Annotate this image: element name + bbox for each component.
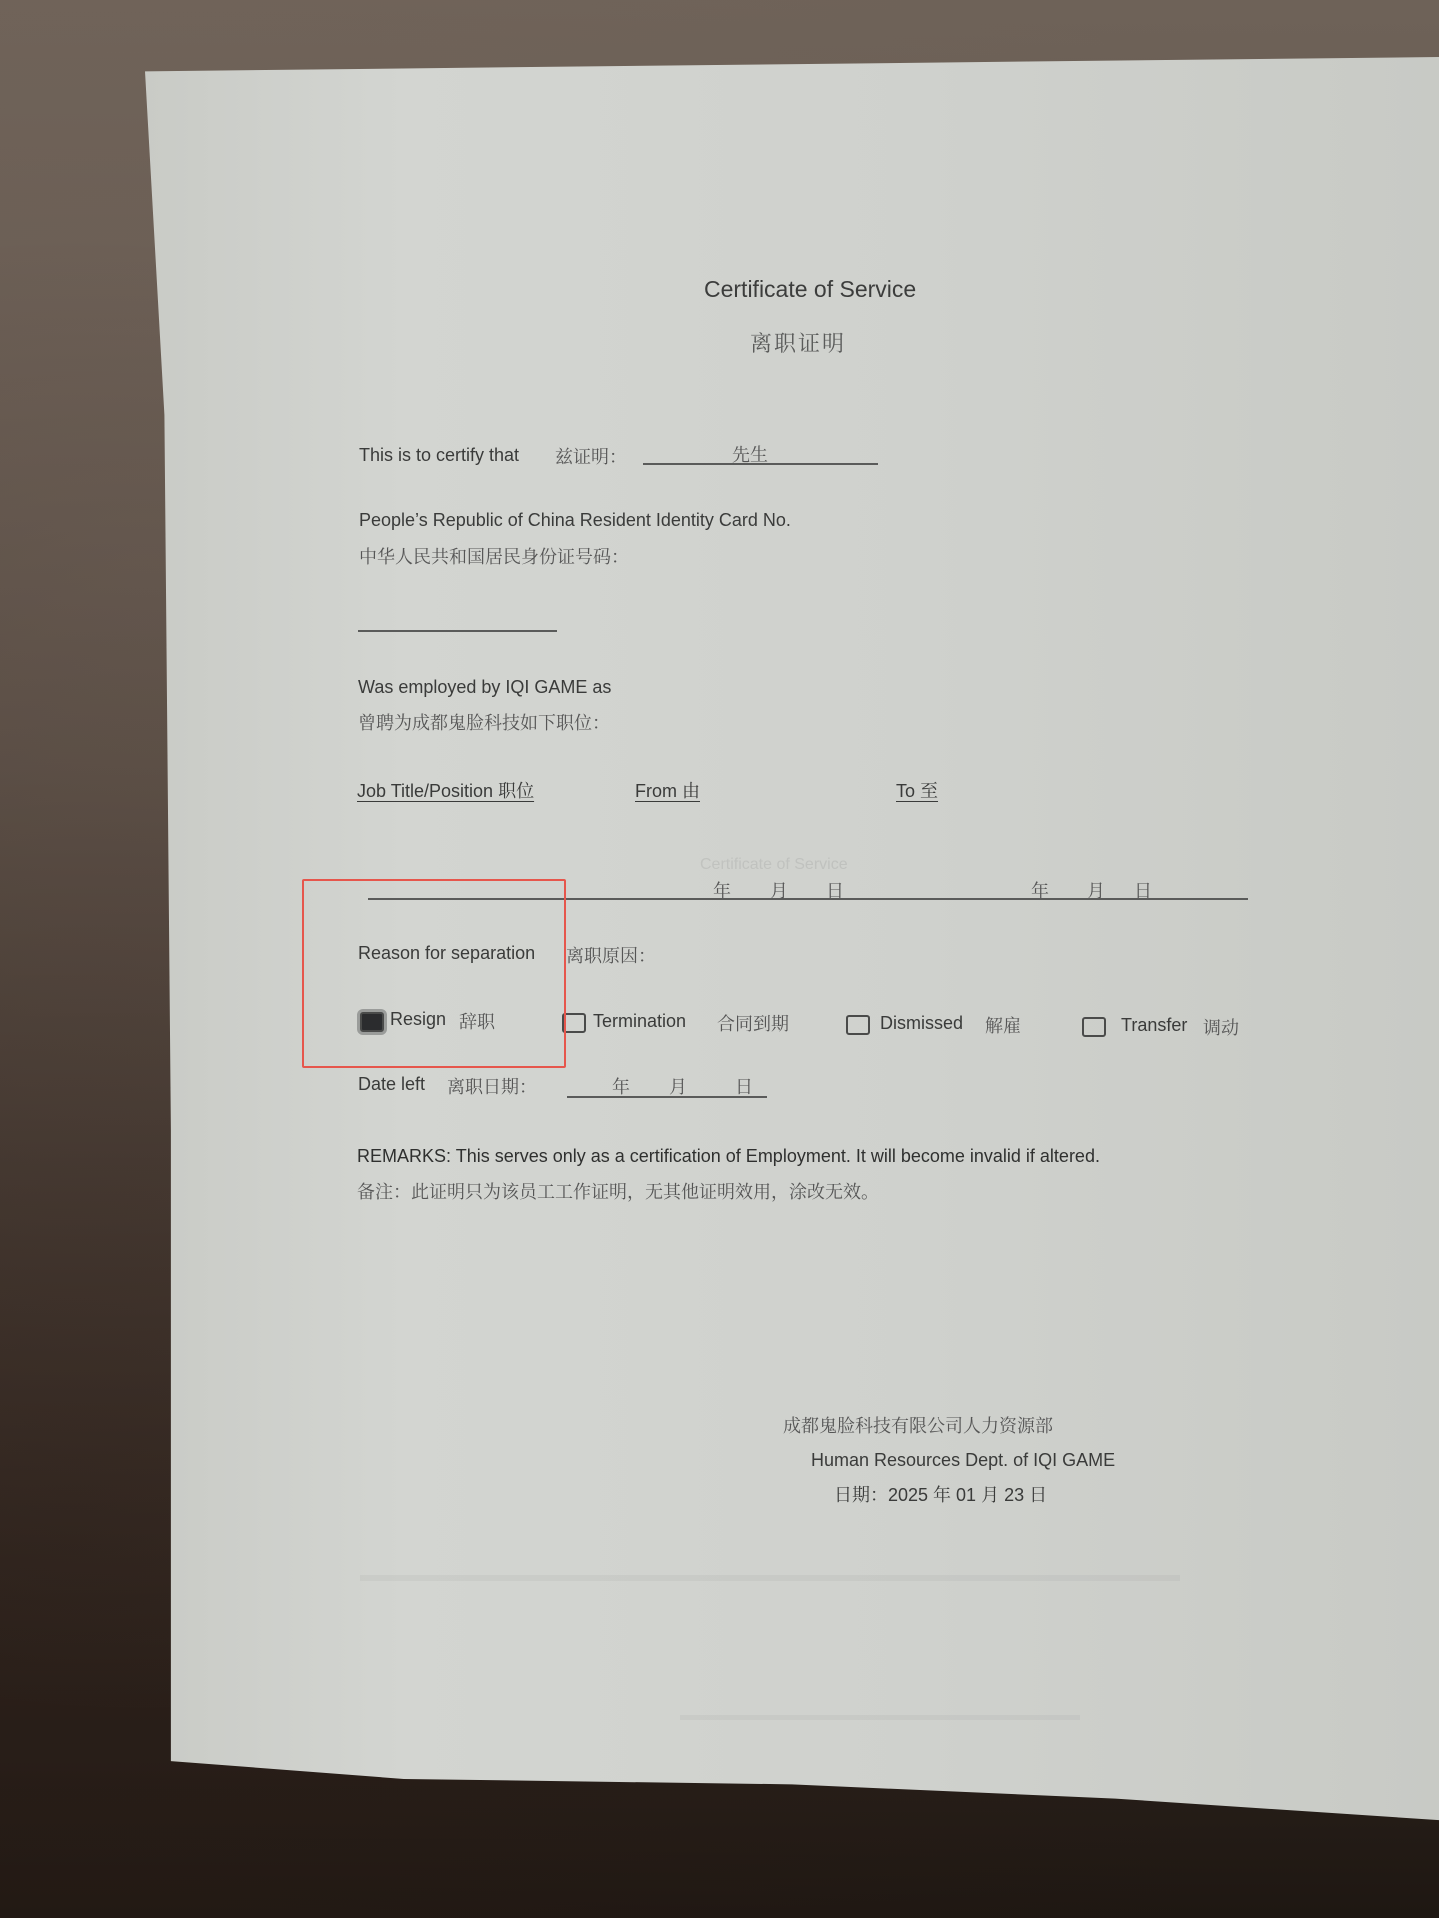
show-through-lines-lower [680,1715,1080,1720]
reason-label-cn: 离职原因： [566,942,656,968]
signature-company-en: Human Resources Dept. of IQI GAME [811,1450,1115,1471]
document-title: Certificate of Service [704,276,916,303]
certificate-document: Certificate of Service 离职证明 This is to c… [0,0,1439,1918]
reason-termination-label: Termination [593,1011,686,1032]
reason-dismissed-label: Dismissed [880,1013,963,1034]
certify-name-underline [643,463,878,465]
column-from: From 由 [635,777,700,803]
certify-label-cn: 兹证明： [555,443,627,469]
column-position: Job Title/Position 职位 [357,777,534,803]
certify-label: This is to certify that [359,445,519,466]
remarks-text: REMARKS: This serves only as a certifica… [357,1146,1100,1167]
employed-label-cn: 曾聘为成都鬼脸科技如下职位： [358,709,610,735]
highlight-box [302,879,566,1068]
remarks-text-cn: 备注：此证明只为该员工工作证明，无其他证明效用，涂改无效。 [357,1178,879,1204]
checkbox-dismissed[interactable] [846,1015,870,1035]
signature-company-cn: 成都鬼脸科技有限公司人力资源部 [783,1412,1053,1438]
id-card-field[interactable] [358,630,557,632]
reason-termination-label-cn: 合同到期 [717,1010,789,1036]
date-left-field[interactable] [567,1096,767,1098]
reason-transfer-label-cn: 调动 [1203,1014,1239,1040]
checkbox-transfer[interactable] [1082,1017,1106,1037]
id-card-label: People’s Republic of China Resident Iden… [359,510,791,531]
column-to: To 至 [896,777,938,803]
date-left-label: Date left [358,1074,425,1095]
employed-label: Was employed by IQI GAME as [358,677,611,698]
document-title-cn: 离职证明 [750,327,846,358]
reason-transfer-label: Transfer [1121,1015,1187,1036]
show-through-lines [360,1575,1180,1581]
date-left-label-cn: 离职日期： [447,1073,537,1099]
show-through-text: Certificate of Service [700,856,848,874]
reason-dismissed-label-cn: 解雇 [985,1012,1021,1038]
signature-date: 日期：2025 年 01 月 23 日 [834,1481,1047,1507]
id-card-label-cn: 中华人民共和国居民身份证号码： [359,543,629,569]
